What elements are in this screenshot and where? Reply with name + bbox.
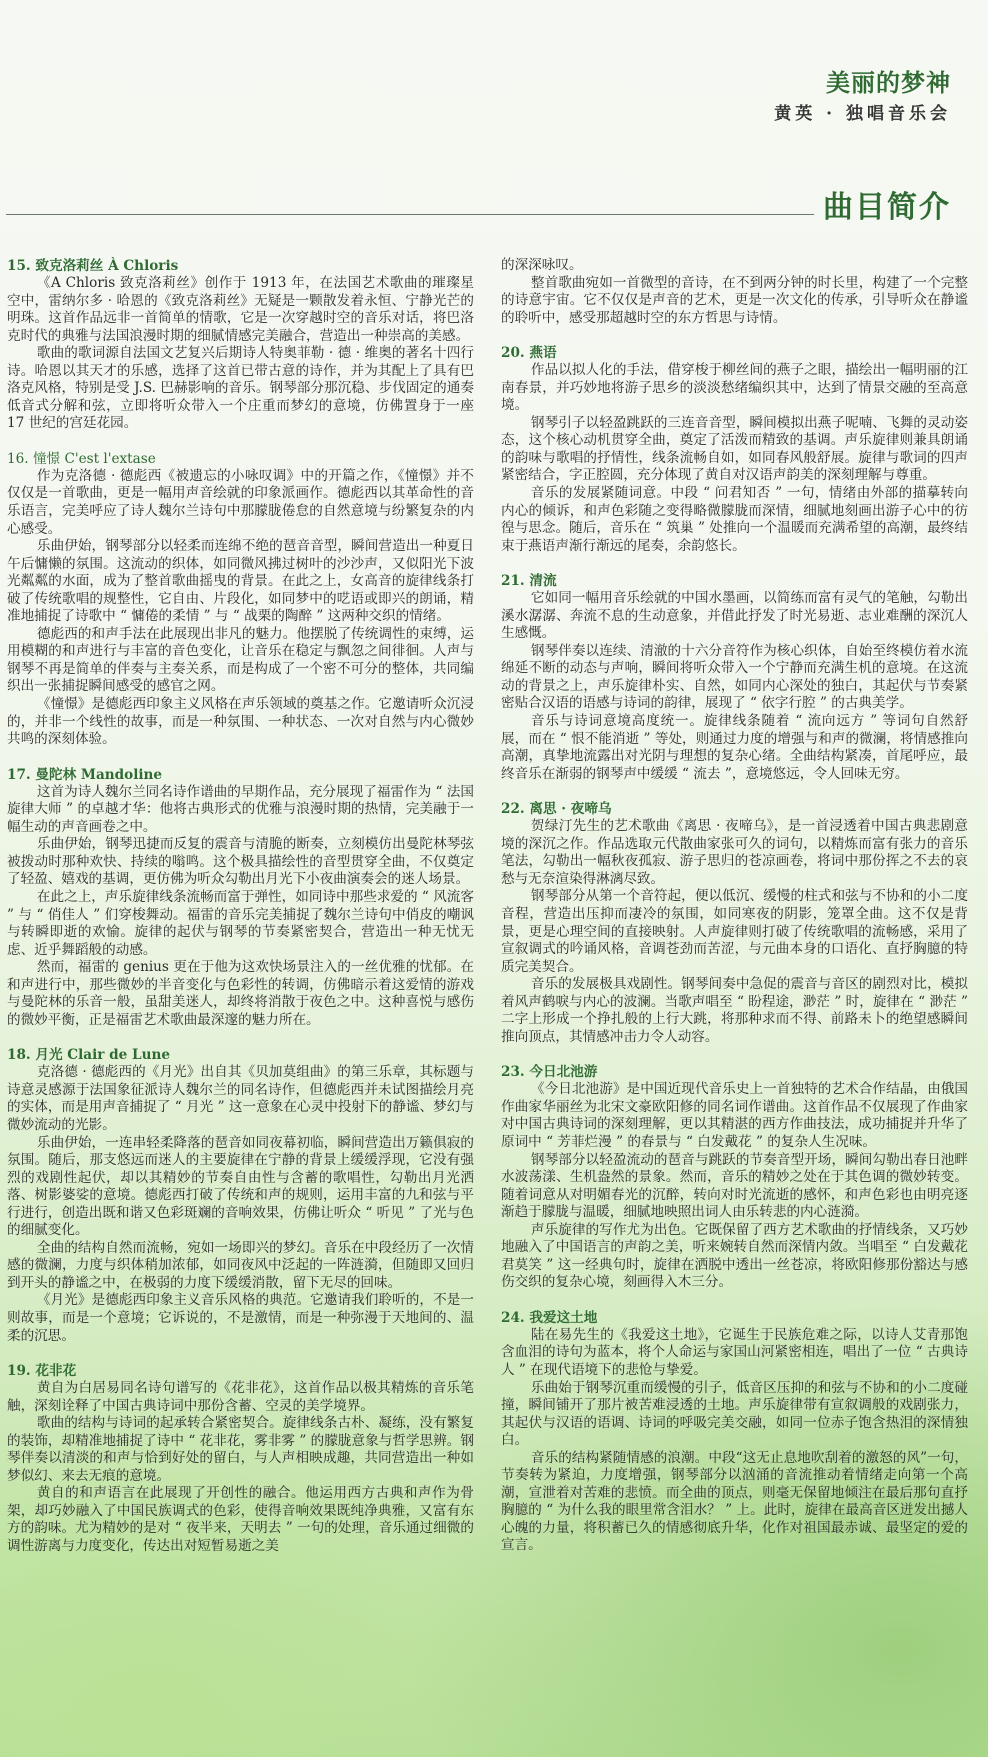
item-paragraph: 贺绿汀先生的艺术歌曲《离思 · 夜啼乌》，是一首浸透着中国古典悲剧意境的深沉之作… [501, 818, 968, 888]
item-paragraph: 然而，福雷的 genius 更在于他为这欢快场景注入的一丝优雅的忧郁。在和声进行… [7, 959, 474, 1029]
item-paragraph: 整首歌曲宛如一首微型的音诗，在不到两分钟的时长里，构建了一个完整的诗意宇宙。它不… [501, 275, 968, 328]
item-paragraph: 这首为诗人魏尔兰同名诗作谱曲的早期作品，充分展现了福雷作为 “ 法国旋律大师 ”… [7, 784, 474, 837]
program-item-16: 16. 憧憬 C'est l'extase 作为克洛德 · 德彪西《被遗忘的小咏… [7, 450, 474, 749]
item-paragraph: 克洛德 · 德彪西的《月光》出自其《贝加莫组曲》的第三乐章，其标题与诗意灵感源于… [7, 1064, 474, 1134]
item-paragraph: 在此之上，声乐旋律线条流畅而富于弹性，如同诗中那些求爱的 “ 风流客 ” 与 “… [7, 889, 474, 959]
item-paragraph: 钢琴部分从第一个音符起，便以低沉、缓慢的柱式和弦与不协和的小二度音程，营造出压抑… [501, 888, 968, 976]
program-item-21: 21. 清流 它如同一幅用音乐绘就的中国水墨画，以简练而富有灵气的笔触，勾勒出溪… [501, 572, 968, 783]
item-paragraph: 《月光》是德彪西印象主义音乐风格的典范。它邀请我们聆听的，不是一则故事，而是一个… [7, 1292, 474, 1345]
item-paragraph: 音乐与诗词意境高度统一。旋律线条随着 “ 流向远方 ” 等词句自然舒展，而在 “… [501, 713, 968, 783]
item-paragraph: 全曲的结构自然而流畅，宛如一场即兴的梦幻。音乐在中段经历了一次情感的微澜，力度与… [7, 1240, 474, 1293]
item-heading: 19. 花非花 [7, 1362, 474, 1380]
item-heading: 24. 我爱这土地 [501, 1309, 968, 1327]
item-paragraph: 它如同一幅用音乐绘就的中国水墨画，以简练而富有灵气的笔触，勾勒出溪水潺潺、奔流不… [501, 590, 968, 643]
program-item-23: 23. 今日北池游 《今日北池游》是中国近现代音乐史上一首独特的艺术合作结晶，由… [501, 1063, 968, 1292]
item-paragraph: 音乐的发展紧随词意。中段 “ 问君知否 ” 一句，情绪由外部的描摹转向内心的倾诉… [501, 485, 968, 555]
item-paragraph: 陆在易先生的《我爱这土地》，它诞生于民族危难之际，以诗人艾青那饱含血泪的诗句为蓝… [501, 1327, 968, 1380]
item-paragraph: 黄自的和声语言在此展现了开创性的融合。他运用西方古典和声作为骨架，却巧妙融入了中… [7, 1485, 474, 1555]
item-heading: 20. 燕语 [501, 344, 968, 362]
program-item-15: 15. 致克洛莉丝 À Chloris 《A Chloris 致克洛莉丝》创作于… [7, 257, 474, 433]
item-paragraph: 作为克洛德 · 德彪西《被遗忘的小咏叹调》中的开篇之作，《憧憬》并不仅仅是一首歌… [7, 468, 474, 538]
item-paragraph-continuation: 的深深咏叹。 [501, 257, 968, 275]
item-paragraph: 《憧憬》是德彪西印象主义风格在声乐领域的奠基之作。它邀请听众沉浸的，并非一个线性… [7, 696, 474, 749]
item-paragraph: 钢琴引子以轻盈跳跃的三连音音型，瞬间模拟出燕子呢喃、飞舞的灵动姿态，这个核心动机… [501, 415, 968, 485]
left-column: 15. 致克洛莉丝 À Chloris 《A Chloris 致克洛莉丝》创作于… [7, 257, 474, 1573]
item-paragraph: 《A Chloris 致克洛莉丝》创作于 1913 年，在法国艺术歌曲的璀璨星空… [7, 275, 474, 345]
item-paragraph: 《今日北池游》是中国近现代音乐史上一首独特的艺术合作结晶，由俄国作曲家华丽丝为北… [501, 1081, 968, 1151]
item-heading: 16. 憧憬 C'est l'extase [7, 450, 474, 468]
concert-title: 美丽的梦神 [774, 68, 951, 98]
item-paragraph: 歌曲的结构与诗词的起承转合紧密契合。旋律线条古朴、凝练，没有繁复的装饰，却精准地… [7, 1415, 474, 1485]
item-paragraph: 钢琴部分以轻盈流动的琶音与跳跃的节奏音型开场，瞬间勾勒出春日池畔水波荡漾、生机盎… [501, 1152, 968, 1222]
item-paragraph: 黄自为白居易同名诗句谱写的《花非花》，这首作品以极其精炼的音乐笔触，深刻诠释了中… [7, 1380, 474, 1415]
item-heading: 15. 致克洛莉丝 À Chloris [7, 257, 474, 275]
section-title: 曲目简介 [823, 188, 951, 228]
item-heading: 18. 月光 Clair de Lune [7, 1046, 474, 1064]
item-heading: 22. 离思 · 夜啼乌 [501, 800, 968, 818]
program-item-19: 19. 花非花 黄自为白居易同名诗句谱写的《花非花》，这首作品以极其精炼的音乐笔… [7, 1362, 474, 1555]
item-paragraph: 乐曲伊始，一连串轻柔降落的琶音如同夜幕初临，瞬间营造出万籁俱寂的氛围。随后，那支… [7, 1135, 474, 1240]
item-heading: 23. 今日北池游 [501, 1063, 968, 1081]
program-item-24: 24. 我爱这土地 陆在易先生的《我爱这土地》，它诞生于民族危难之际，以诗人艾青… [501, 1309, 968, 1555]
item-paragraph: 音乐的发展极具戏剧性。钢琴间奏中急促的震音与音区的剧烈对比，模拟着风声鹤唳与内心… [501, 976, 968, 1046]
program-item-22: 22. 离思 · 夜啼乌 贺绿汀先生的艺术歌曲《离思 · 夜啼乌》，是一首浸透着… [501, 800, 968, 1046]
item-heading: 21. 清流 [501, 572, 968, 590]
program-item-20: 20. 燕语 作品以拟人化的手法，借穿梭于柳丝间的燕子之眼，描绘出一幅明丽的江南… [501, 344, 968, 555]
section-divider [6, 214, 814, 215]
item-paragraph: 作品以拟人化的手法，借穿梭于柳丝间的燕子之眼，描绘出一幅明丽的江南春景，并巧妙地… [501, 362, 968, 415]
item-paragraph: 乐曲伊始，钢琴迅捷而反复的震音与清脆的断奏，立刻模仿出曼陀林琴弦被拨动时那种欢快… [7, 836, 474, 889]
item-paragraph: 音乐的结构紧随情感的浪潮。中段“这无止息地吹刮着的激怒的风”一句，节奏转为紧迫，… [501, 1450, 968, 1555]
item-paragraph: 德彪西的和声手法在此展现出非凡的魅力。他摆脱了传统调性的束缚，运用模糊的和声进行… [7, 626, 474, 696]
item-paragraph: 乐曲伊始，钢琴部分以轻柔而连绵不绝的琶音音型，瞬间营造出一种夏日午后慵懒的氛围。… [7, 538, 474, 626]
item-paragraph: 歌曲的歌词源自法国文艺复兴后期诗人特奥菲勒 · 德 · 维奥的著名十四行诗。哈恩… [7, 345, 474, 433]
item-heading: 17. 曼陀林 Mandoline [7, 766, 474, 784]
right-column: 的深深咏叹。 整首歌曲宛如一首微型的音诗，在不到两分钟的时长里，构建了一个完整的… [501, 257, 968, 1572]
item-paragraph: 钢琴伴奏以连续、清澈的十六分音符作为核心织体，自始至终模仿着水流绵延不断的动态与… [501, 643, 968, 713]
program-item-17: 17. 曼陀林 Mandoline 这首为诗人魏尔兰同名诗作谱曲的早期作品，充分… [7, 766, 474, 1030]
program-item-19-continued: 的深深咏叹。 整首歌曲宛如一首微型的音诗，在不到两分钟的时长里，构建了一个完整的… [501, 257, 968, 327]
concert-header: 美丽的梦神 黄英 · 独唱音乐会 [774, 68, 951, 128]
concert-subtitle: 黄英 · 独唱音乐会 [774, 100, 951, 128]
program-item-18: 18. 月光 Clair de Lune 克洛德 · 德彪西的《月光》出自其《贝… [7, 1046, 474, 1345]
item-paragraph: 声乐旋律的写作尤为出色。它既保留了西方艺术歌曲的抒情线条，又巧妙地融入了中国语言… [501, 1222, 968, 1292]
item-paragraph: 乐曲始于钢琴沉重而缓慢的引子，低音区压抑的和弦与不协和的小二度碰撞，瞬间铺开了那… [501, 1380, 968, 1450]
